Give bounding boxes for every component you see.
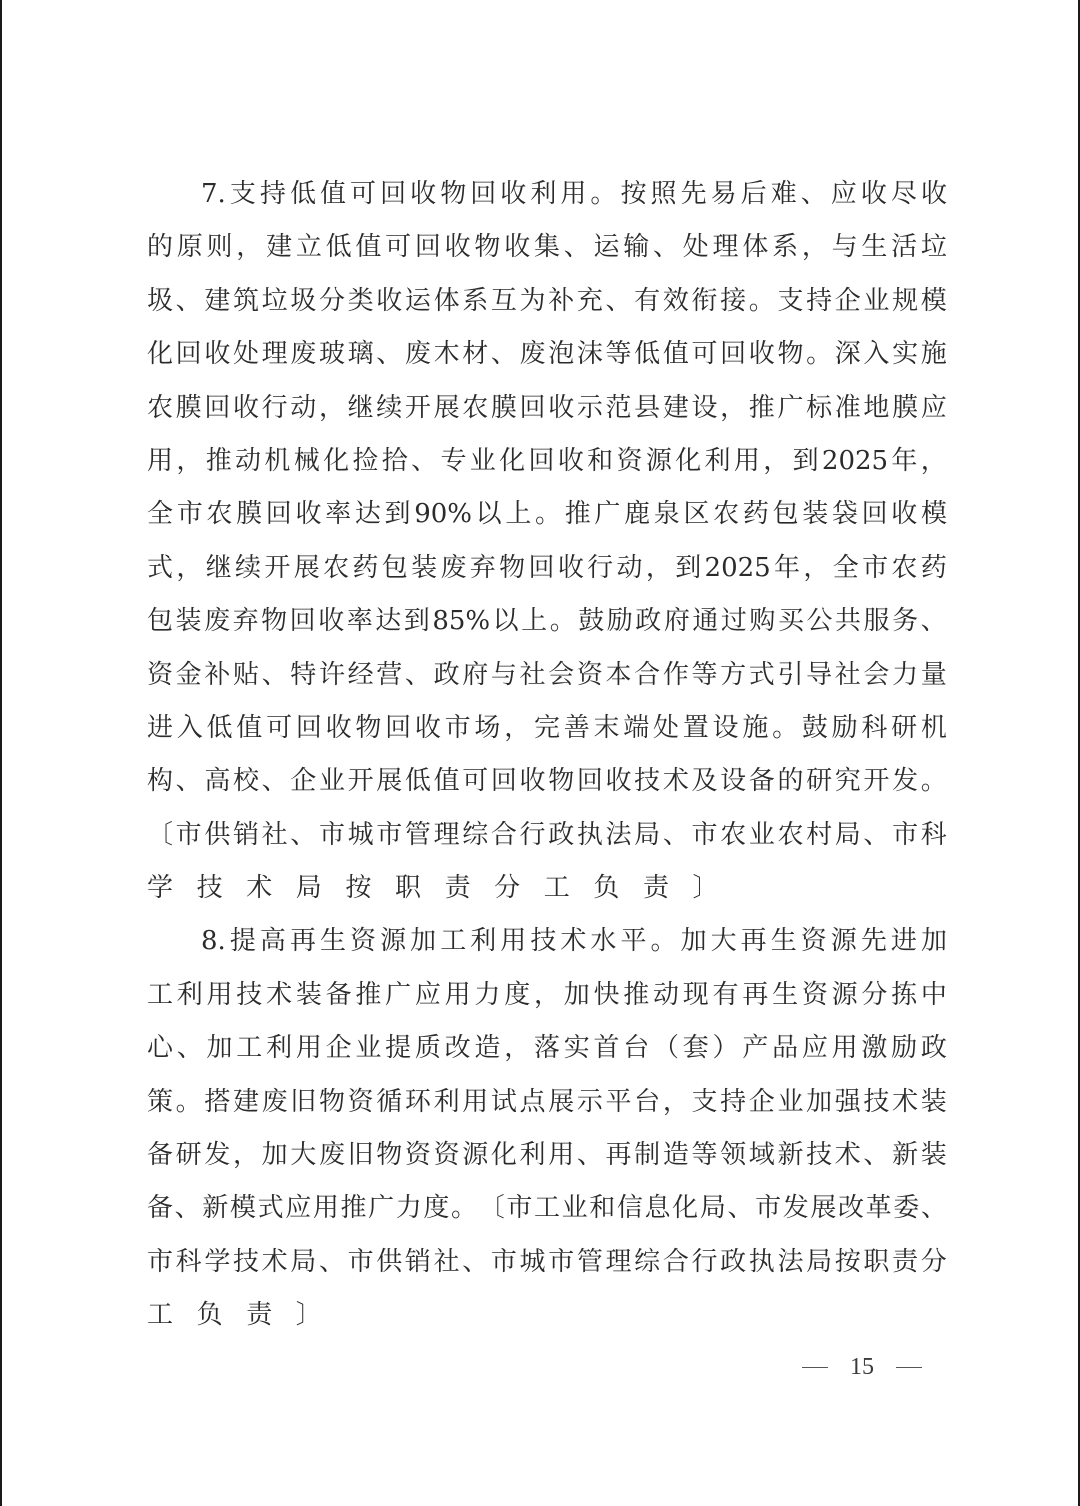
paragraph-8-line-3: 心、加工利用企业提质改造，落实首台（套）产品应用激励政 <box>147 1022 947 1075</box>
paragraph-7-line-6: 用，推动机械化捡拾、专业化回收和资源化利用，到2025年， <box>147 435 947 488</box>
paragraph-7-line-13: 〔市供销社、市城市管理综合行政执法局、市农业农村局、市科 <box>147 809 947 862</box>
paragraph-7-line-1: 7.支持低值可回收物回收利用。按照先易后难、应收尽收 <box>147 168 947 221</box>
paragraph-8-line-4: 策。搭建废旧物资循环利用试点展示平台，支持企业加强技术装 <box>147 1076 947 1129</box>
paragraph-8-line-8: 工负责〕 <box>147 1289 947 1342</box>
paragraph-7-line-9: 包装废弃物回收率达到85%以上。鼓励政府通过购买公共服务、 <box>147 595 947 648</box>
paragraph-7-line-3: 圾、建筑垃圾分类收运体系互为补充、有效衔接。支持企业规模 <box>147 275 947 328</box>
paragraph-8-line-1: 8.提高再生资源加工利用技术水平。加大再生资源先进加 <box>147 915 947 968</box>
paragraph-7-line-8: 式，继续开展农药包装废弃物回收行动，到2025年，全市农药 <box>147 542 947 595</box>
document-page: 7.支持低值可回收物回收利用。按照先易后难、应收尽收 的原则，建立低值可回收物收… <box>0 0 1080 1506</box>
paragraph-8-line-6: 备、新模式应用推广力度。〔市工业和信息化局、市发展改革委、 <box>147 1182 947 1235</box>
paragraph-7-line-5: 农膜回收行动，继续开展农膜回收示范县建设，推广标准地膜应 <box>147 382 947 435</box>
page-number: 15 <box>850 1354 874 1381</box>
paragraph-8-line-5: 备研发，加大废旧物资资源化利用、再制造等领域新技术、新装 <box>147 1129 947 1182</box>
paragraph-7-line-11: 进入低值可回收物回收市场，完善末端处置设施。鼓励科研机 <box>147 702 947 755</box>
right-dash <box>896 1367 922 1368</box>
paragraph-7-line-7: 全市农膜回收率达到90%以上。推广鹿泉区农药包装袋回收模 <box>147 488 947 541</box>
paragraph-7-line-10: 资金补贴、特许经营、政府与社会资本合作等方式引导社会力量 <box>147 649 947 702</box>
page-number-footer: 15 <box>802 1352 922 1382</box>
paragraph-8-line-2: 工利用技术装备推广应用力度，加快推动现有再生资源分拣中 <box>147 969 947 1022</box>
document-body: 7.支持低值可回收物回收利用。按照先易后难、应收尽收 的原则，建立低值可回收物收… <box>147 168 947 1343</box>
paragraph-7-line-12: 构、高校、企业开展低值可回收物回收技术及设备的研究开发。 <box>147 755 947 808</box>
paragraph-7-line-2: 的原则，建立低值可回收物收集、运输、处理体系，与生活垃 <box>147 221 947 274</box>
left-dash <box>802 1367 828 1368</box>
paragraph-7-line-14: 学技术局按职责分工负责〕 <box>147 862 947 915</box>
paragraph-8-line-7: 市科学技术局、市供销社、市城市管理综合行政执法局按职责分 <box>147 1236 947 1289</box>
paragraph-7-line-4: 化回收处理废玻璃、废木材、废泡沫等低值可回收物。深入实施 <box>147 328 947 381</box>
